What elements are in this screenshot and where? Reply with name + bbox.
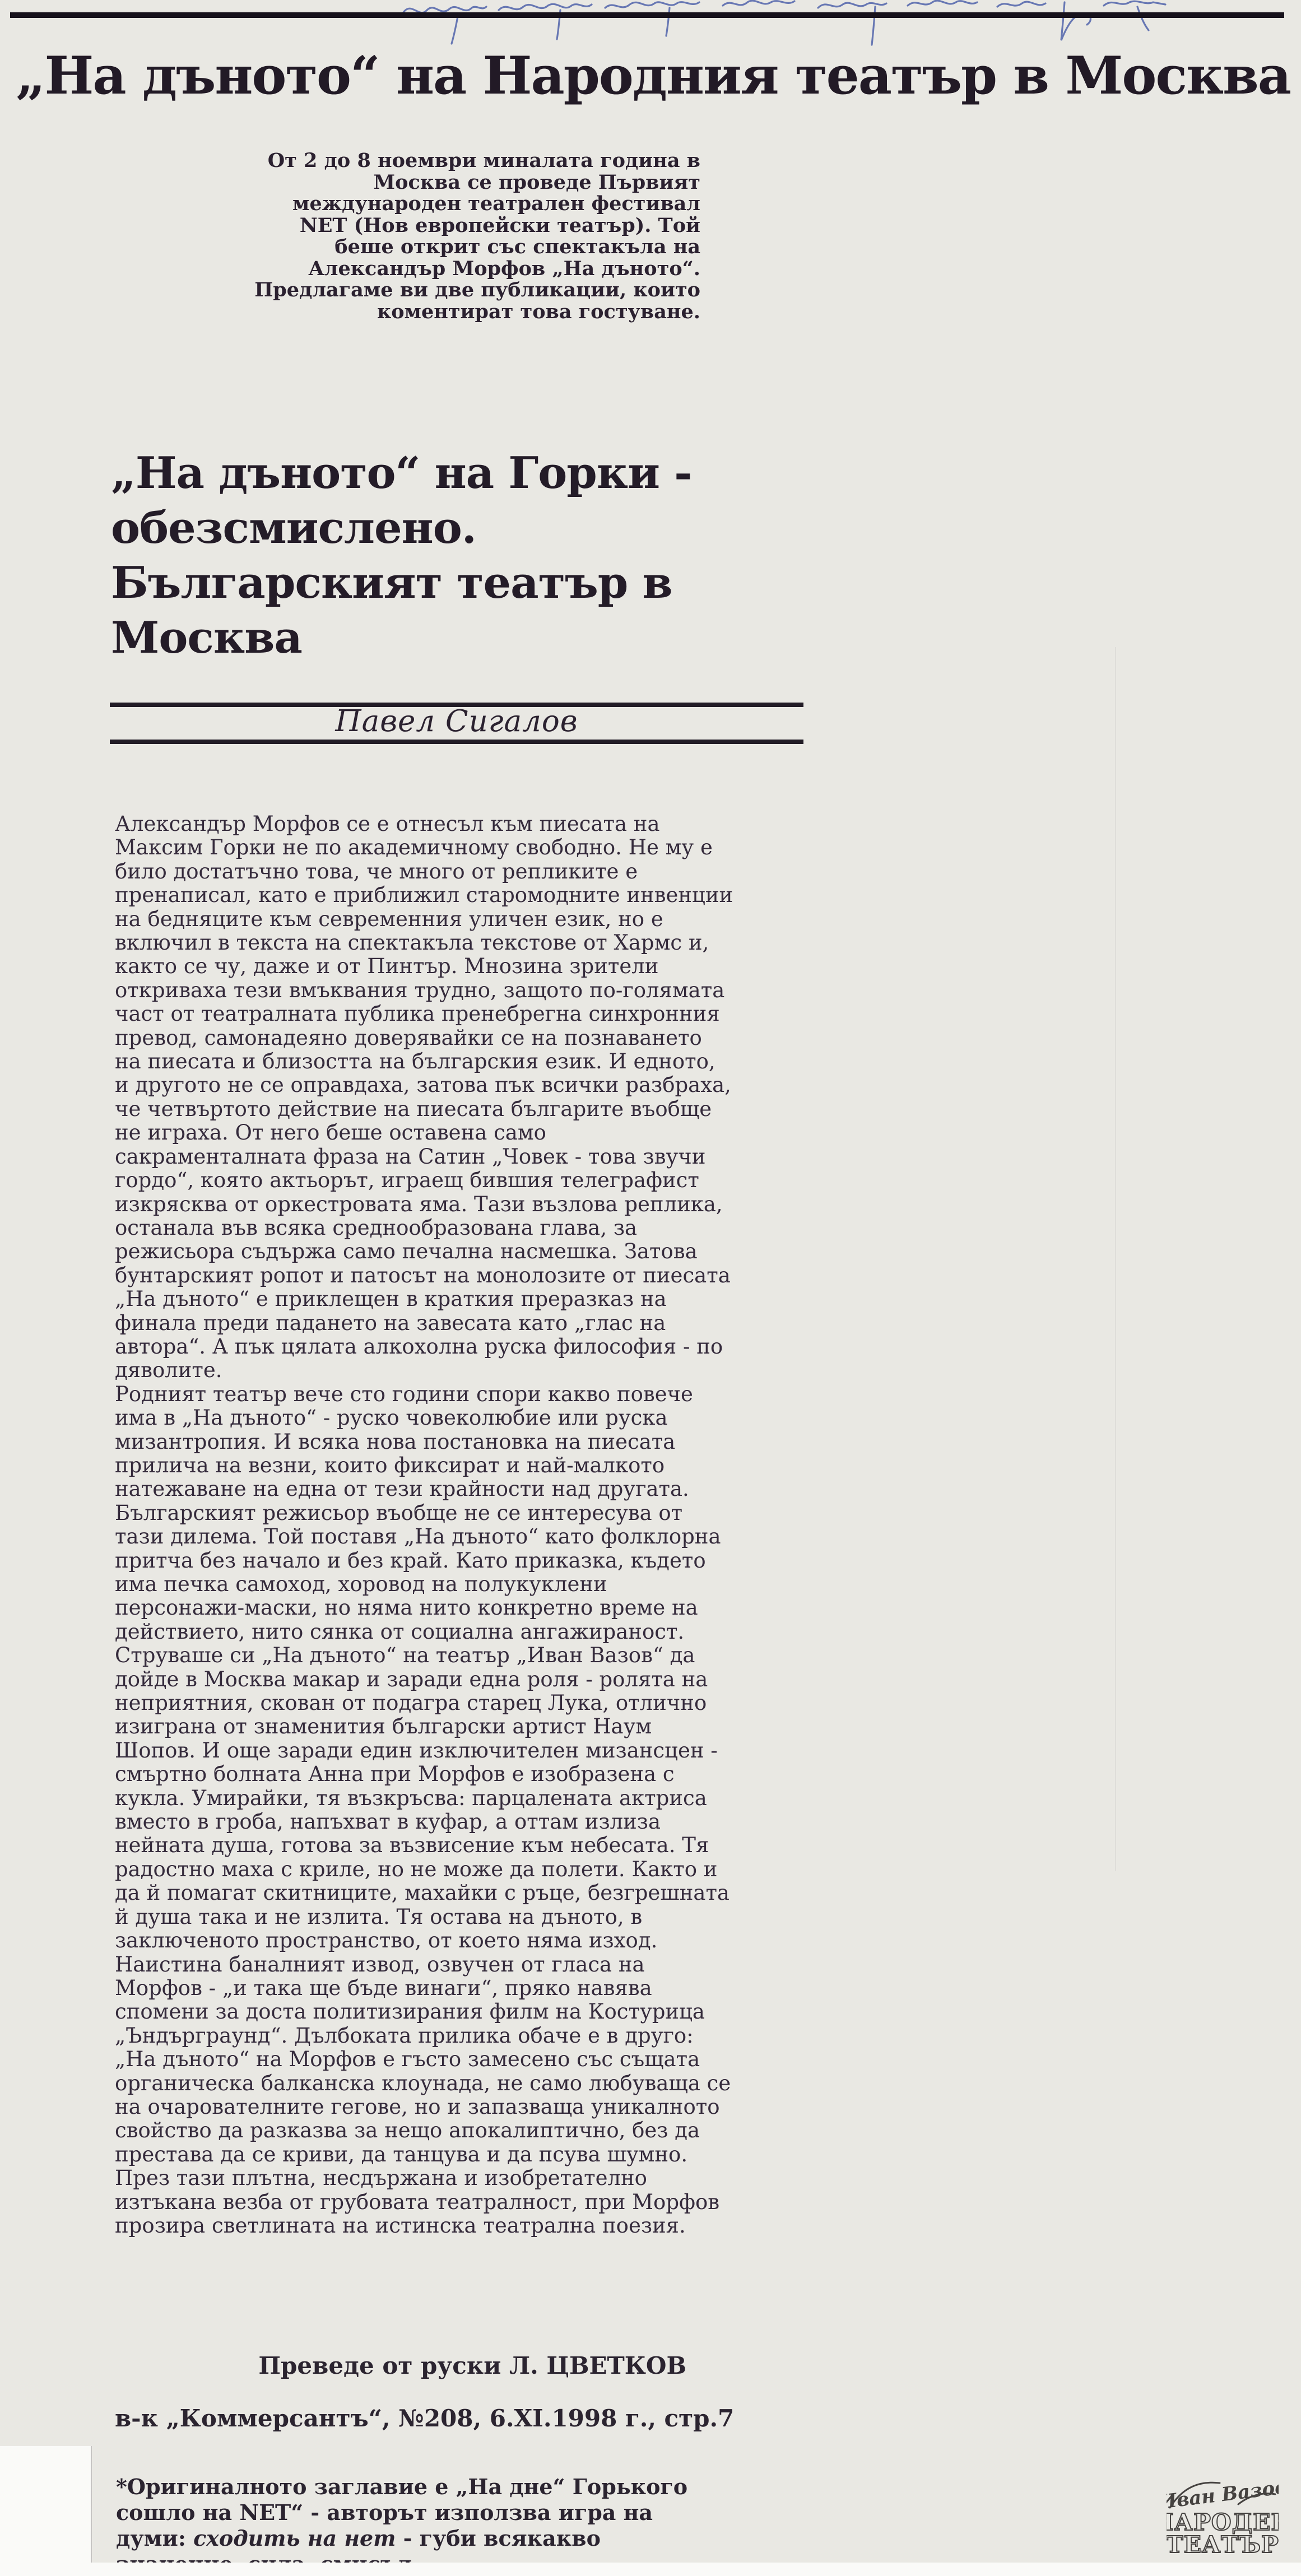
footnote: *Оригиналното заглавие е „На дне“ Горько… <box>116 2474 724 2576</box>
source-citation: в-к „Коммерсантъ“, №208, 6.XI.1998 г., с… <box>115 2405 843 2432</box>
article-headline: „На дъното“ на Народния театър в Москва <box>16 47 1293 104</box>
footnote-italic-phrase: сходить на нет <box>193 2526 396 2551</box>
intro-paragraph: От 2 до 8 ноември миналата година в Моск… <box>252 150 700 323</box>
top-rule <box>10 12 1284 18</box>
stamp-line2: ТЕАТЪР <box>1167 2531 1279 2558</box>
body-paragraph: Наистина баналният извод, озвучен от гла… <box>115 1953 734 2238</box>
author-rule-bottom <box>110 740 803 744</box>
body-paragraph: Родният театър вече сто години спори как… <box>115 1383 734 1644</box>
sheet-edge-shadow <box>91 2446 92 2563</box>
subheading-line: Българският театър в <box>111 556 811 611</box>
national-theatre-stamp: Иван Вазов НАРОДЕН ТЕАТЪР <box>1167 2479 1279 2560</box>
subheading-line: „На дъното“ на Горки - <box>111 446 811 501</box>
clipping-edge-line <box>1115 647 1116 1871</box>
review-subheading: „На дъното“ на Горки - обезсмислено. Бъл… <box>111 446 811 666</box>
scan-margin-bottom <box>0 2563 1301 2576</box>
scanned-press-clipping: „На дъното“ на Народния театър в Москва … <box>0 0 1301 2576</box>
subheading-line: обезсмислено. <box>111 501 811 556</box>
subheading-line: Москва <box>111 611 811 666</box>
body-paragraph: Струваше си „На дъното“ на театър „Иван … <box>115 1644 734 1952</box>
scan-margin-left <box>0 2446 91 2576</box>
handwriting-strokes <box>403 1 1165 45</box>
article-body: Александър Морфов се е отнесъл към пиеса… <box>115 812 734 2238</box>
author-name: Павел Сигалов <box>110 705 803 738</box>
translator-credit: Преведе от руски Л. ЦВЕТКОВ <box>115 2352 686 2379</box>
body-paragraph: Александър Морфов се е отнесъл към пиеса… <box>115 812 734 1383</box>
